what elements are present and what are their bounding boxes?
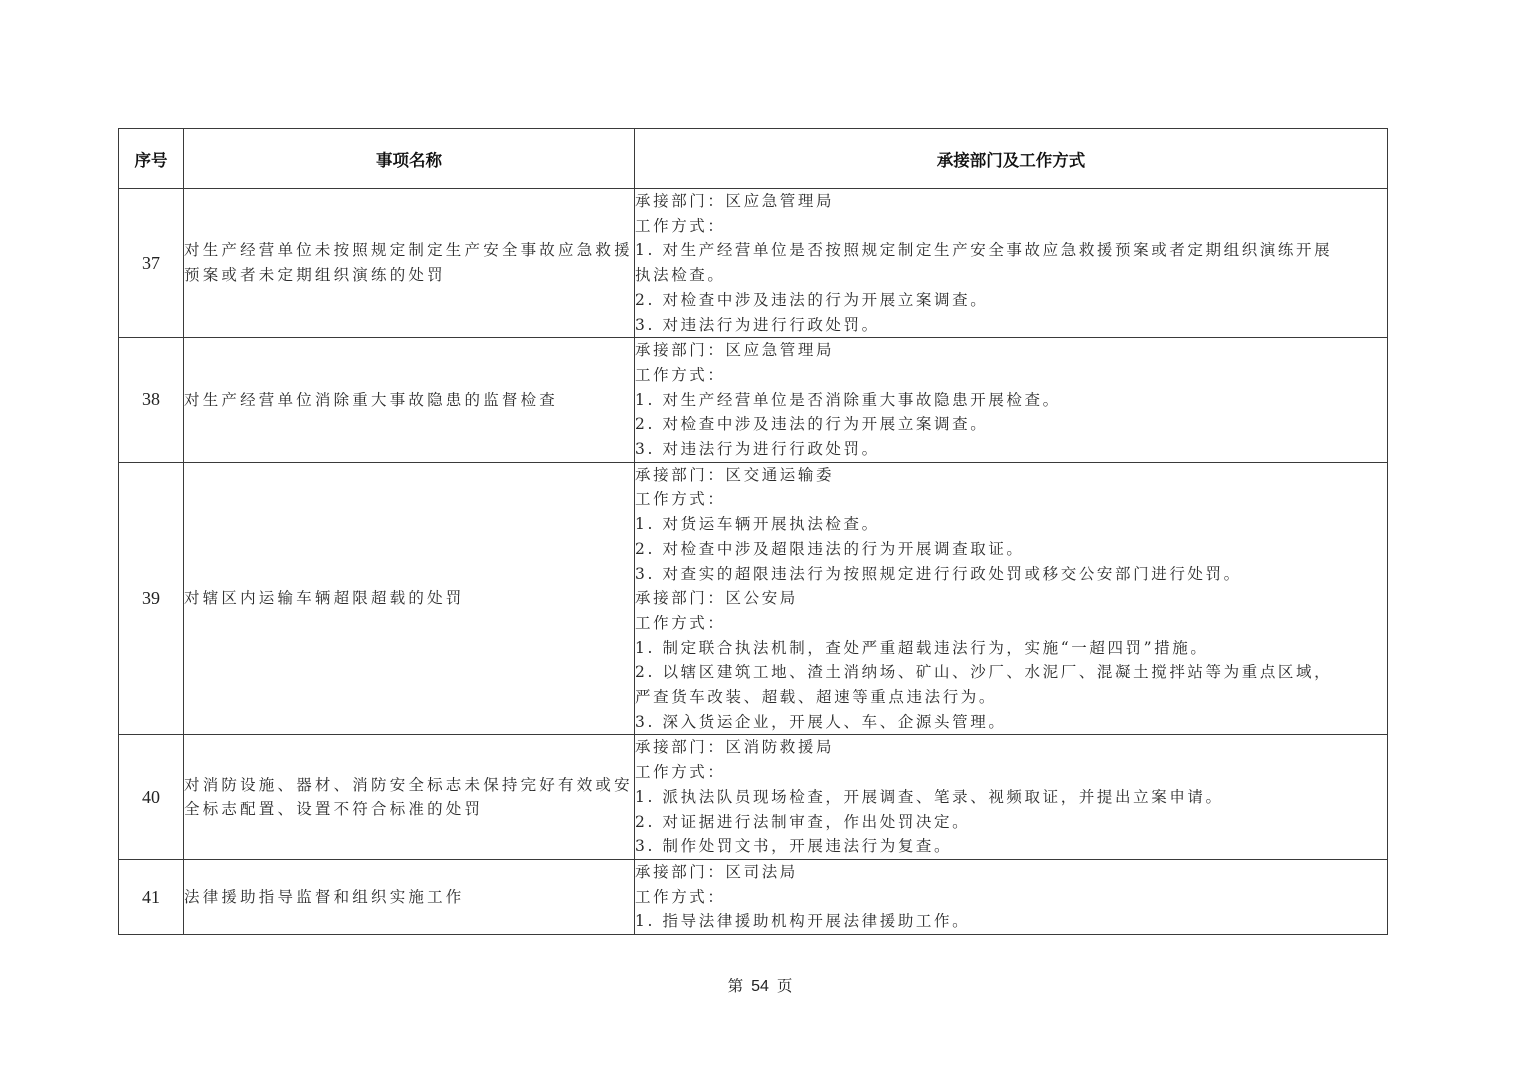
header-department-method: 承接部门及工作方式 [635,129,1388,189]
dept-line: 承接部门：区司法局 [635,860,1387,885]
dept-line: 3. 对查实的超限违法行为按照规定进行行政处罚或移交公安部门进行处罚。 [635,562,1387,587]
row-item-name: 对辖区内运输车辆超限超载的处罚 [184,462,635,735]
table-row: 38 对生产经营单位消除重大事故隐患的监督检查 承接部门：区应急管理局 工作方式… [119,338,1388,463]
dept-line: 1. 对生产经营单位是否消除重大事故隐患开展检查。 [635,388,1387,413]
dept-line: 工作方式： [635,363,1387,388]
row-department-method: 承接部门：区交通运输委 工作方式： 1. 对货运车辆开展执法检查。 2. 对检查… [635,462,1388,735]
dept-line: 严查货车改装、超载、超速等重点违法行为。 [635,685,1387,710]
row-item-name: 对生产经营单位消除重大事故隐患的监督检查 [184,338,635,463]
row-department-method: 承接部门：区消防救援局 工作方式： 1. 派执法队员现场检查，开展调查、笔录、视… [635,735,1388,860]
dept-line: 承接部门：区应急管理局 [635,338,1387,363]
row-serial-number: 40 [119,735,184,860]
row-department-method: 承接部门：区应急管理局 工作方式： 1. 对生产经营单位是否按照规定制定生产安全… [635,189,1388,338]
dept-line: 1. 制定联合执法机制，查处严重超载违法行为，实施“一超四罚”措施。 [635,636,1387,661]
dept-line: 1. 指导法律援助机构开展法律援助工作。 [635,909,1387,934]
dept-line: 2. 对证据进行法制审查，作出处罚决定。 [635,810,1387,835]
dept-line: 1. 对货运车辆开展执法检查。 [635,512,1387,537]
row-serial-number: 39 [119,462,184,735]
dept-line: 3. 制作处罚文书，开展违法行为复查。 [635,834,1387,859]
dept-line: 3. 对违法行为进行行政处罚。 [635,437,1387,462]
dept-line: 2. 对检查中涉及违法的行为开展立案调查。 [635,288,1387,313]
dept-line: 工作方式： [635,611,1387,636]
document-page: 序号 事项名称 承接部门及工作方式 37 对生产经营单位未按照规定制定生产安全事… [0,0,1520,1074]
tasks-table: 序号 事项名称 承接部门及工作方式 37 对生产经营单位未按照规定制定生产安全事… [118,128,1388,935]
dept-line: 工作方式： [635,214,1387,239]
page-number: 54 [751,978,769,995]
table-row: 39 对辖区内运输车辆超限超载的处罚 承接部门：区交通运输委 工作方式： 1. … [119,462,1388,735]
row-item-name: 对生产经营单位未按照规定制定生产安全事故应急救援预案或者未定期组织演练的处罚 [184,189,635,338]
dept-line: 1. 对生产经营单位是否按照规定制定生产安全事故应急救援预案或者定期组织演练开展 [635,238,1387,263]
dept-line: 2. 对检查中涉及超限违法的行为开展调查取证。 [635,537,1387,562]
dept-line: 承接部门：区交通运输委 [635,463,1387,488]
dept-line: 工作方式： [635,760,1387,785]
dept-line: 2. 对检查中涉及违法的行为开展立案调查。 [635,412,1387,437]
row-serial-number: 38 [119,338,184,463]
header-serial-number: 序号 [119,129,184,189]
table-row: 37 对生产经营单位未按照规定制定生产安全事故应急救援预案或者未定期组织演练的处… [119,189,1388,338]
dept-line: 执法检查。 [635,263,1387,288]
dept-line: 1. 派执法队员现场检查，开展调查、笔录、视频取证，并提出立案申请。 [635,785,1387,810]
page-label-prefix: 第 [728,977,744,995]
header-item-name: 事项名称 [184,129,635,189]
row-item-name: 法律援助指导监督和组织实施工作 [184,859,635,934]
table-row: 40 对消防设施、器材、消防安全标志未保持完好有效或安全标志配置、设置不符合标准… [119,735,1388,860]
row-serial-number: 37 [119,189,184,338]
dept-line: 承接部门：区公安局 [635,586,1387,611]
dept-line: 3. 深入货运企业，开展人、车、企源头管理。 [635,710,1387,735]
row-serial-number: 41 [119,859,184,934]
dept-line: 工作方式： [635,487,1387,512]
table-header-row: 序号 事项名称 承接部门及工作方式 [119,129,1388,189]
row-department-method: 承接部门：区司法局 工作方式： 1. 指导法律援助机构开展法律援助工作。 [635,859,1388,934]
row-item-name: 对消防设施、器材、消防安全标志未保持完好有效或安全标志配置、设置不符合标准的处罚 [184,735,635,860]
dept-line: 2. 以辖区建筑工地、渣土消纳场、矿山、沙厂、水泥厂、混凝土搅拌站等为重点区域， [635,660,1387,685]
dept-line: 3. 对违法行为进行行政处罚。 [635,313,1387,338]
dept-line: 工作方式： [635,885,1387,910]
table-row: 41 法律援助指导监督和组织实施工作 承接部门：区司法局 工作方式： 1. 指导… [119,859,1388,934]
page-footer: 第54页 [0,974,1520,996]
dept-line: 承接部门：区应急管理局 [635,189,1387,214]
dept-line: 承接部门：区消防救援局 [635,735,1387,760]
row-department-method: 承接部门：区应急管理局 工作方式： 1. 对生产经营单位是否消除重大事故隐患开展… [635,338,1388,463]
page-label-suffix: 页 [777,977,793,995]
